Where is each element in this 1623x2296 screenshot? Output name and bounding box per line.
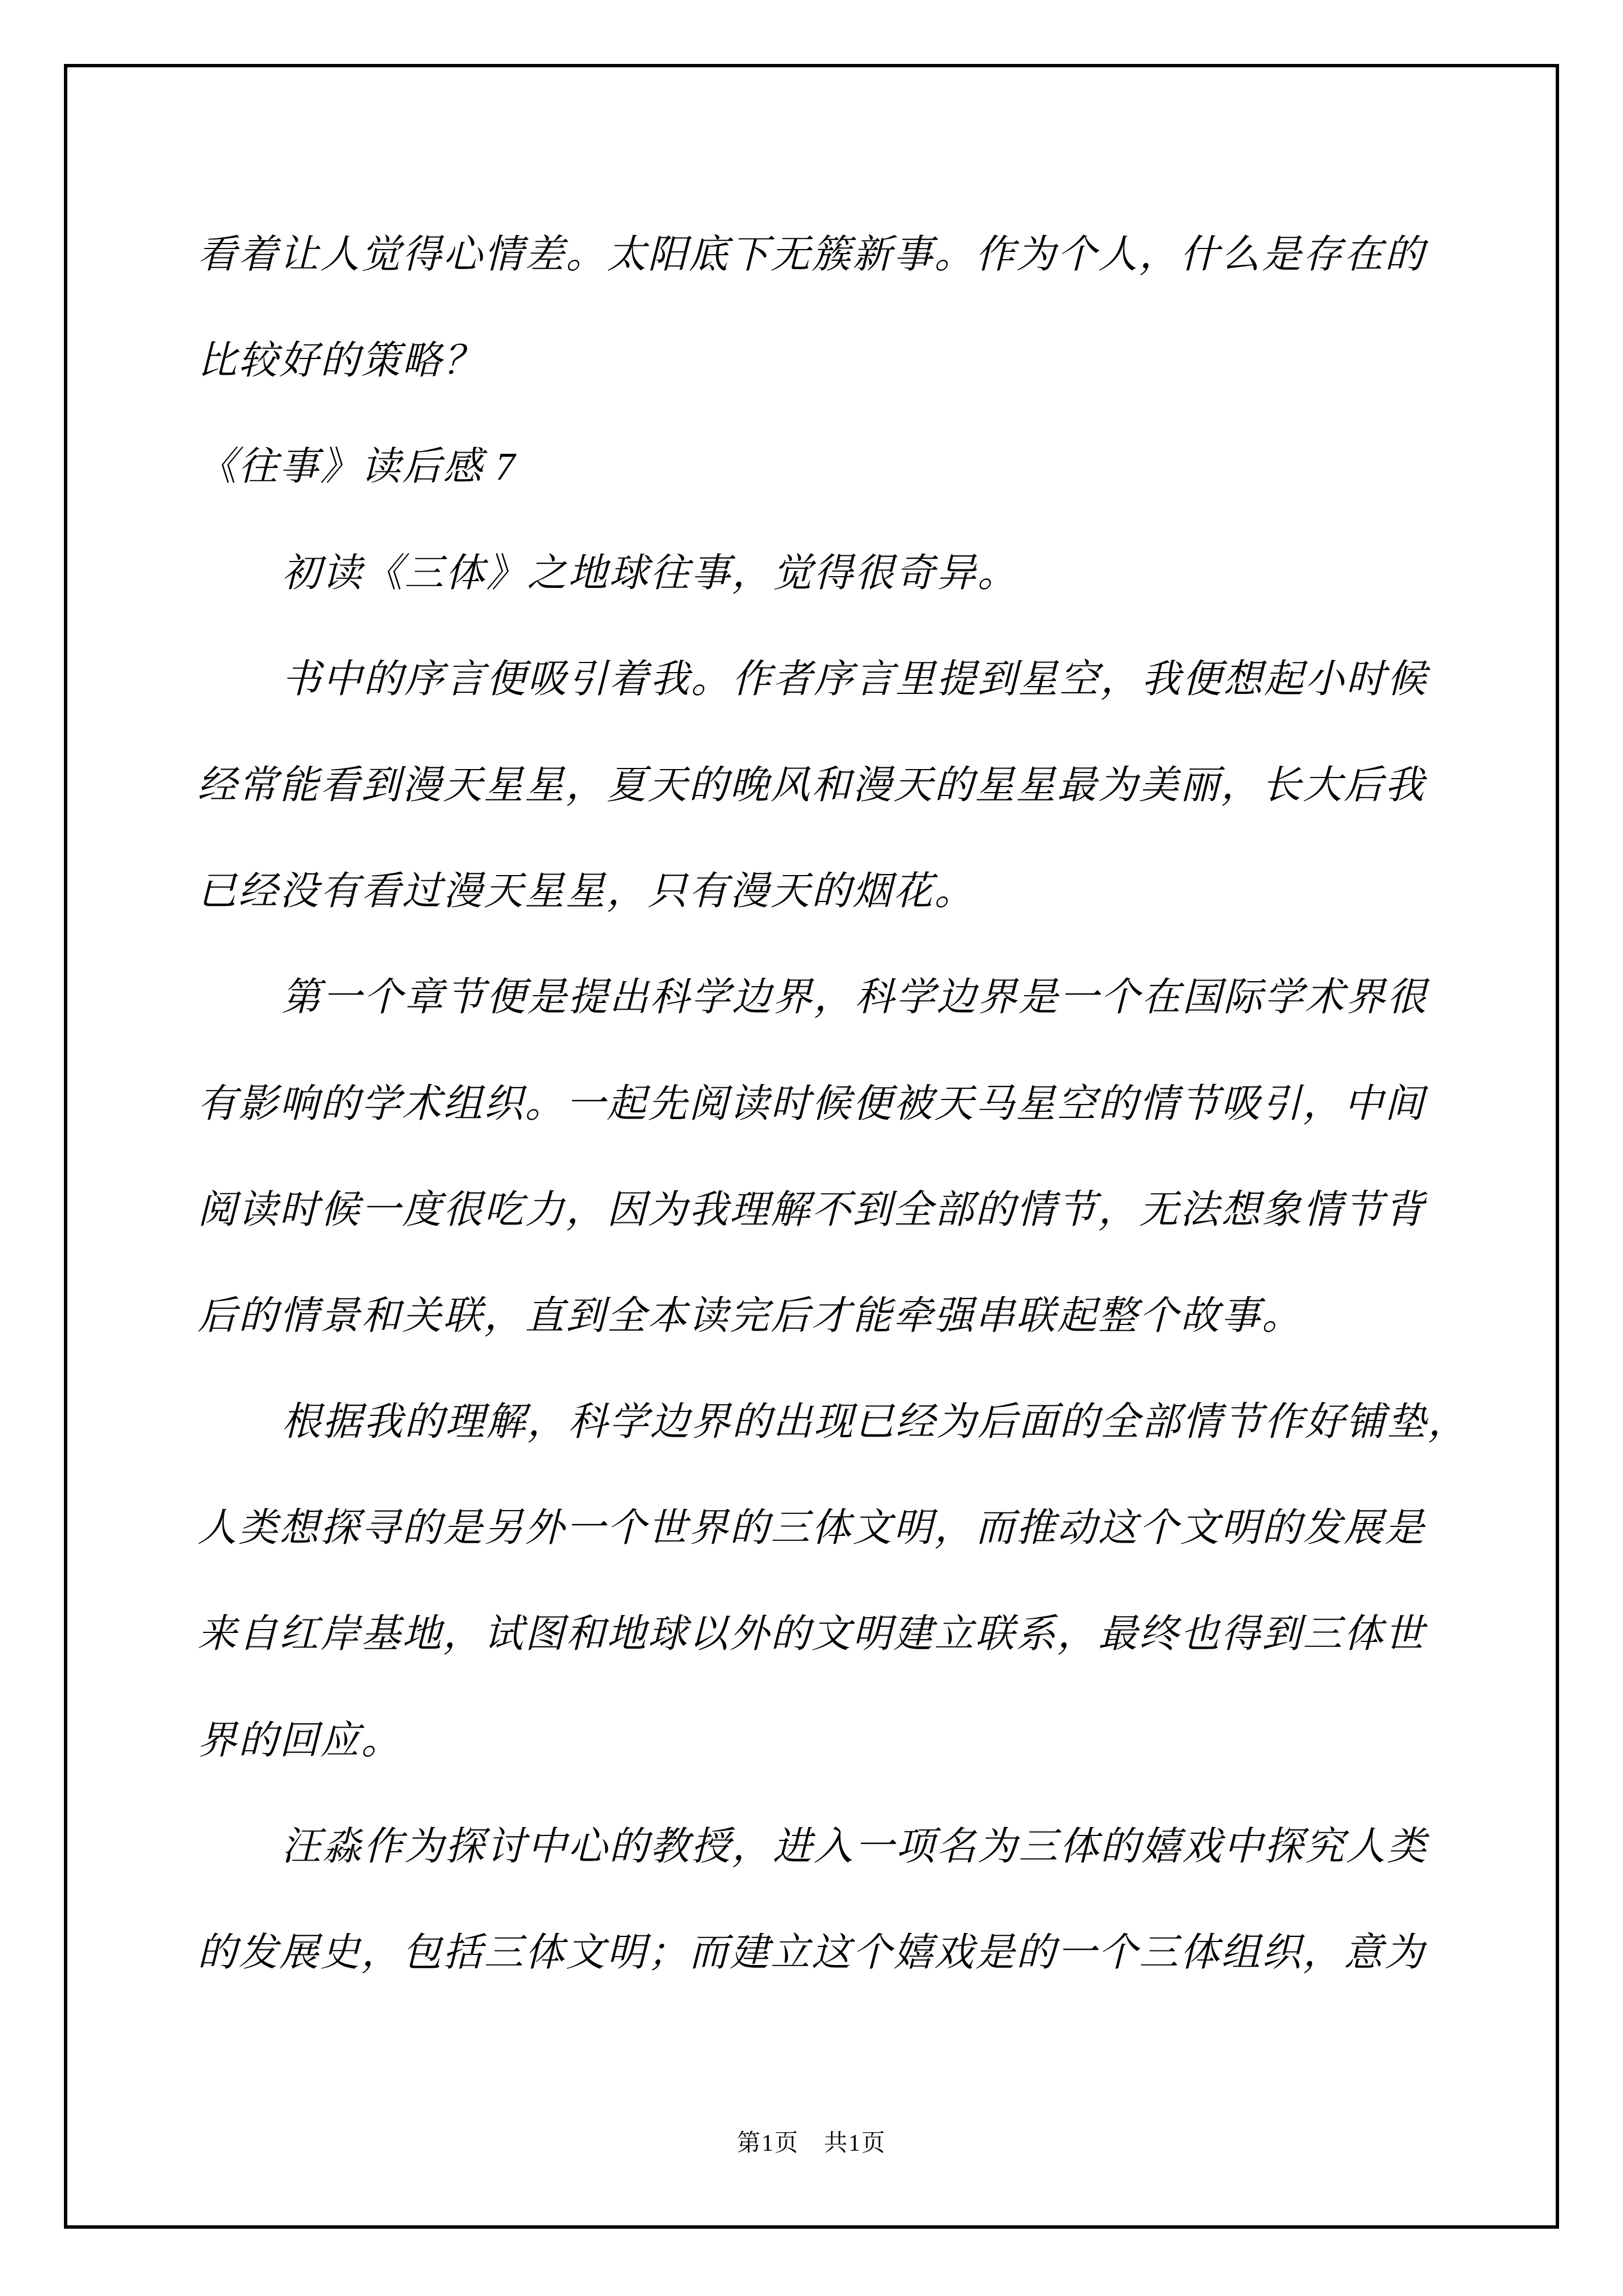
text-line: 比较好的策略？: [197, 308, 1465, 414]
document-page: 看着让人觉得心情差。太阳底下无簇新事。作为个人，什么是存在的比较好的策略？《往事…: [0, 0, 1623, 2296]
text-line: 有影响的学术组织。一起先阅读时候便被天马星空的情节吸引，中间: [197, 1051, 1465, 1157]
page-number-text: 第1页 共1页: [737, 2131, 886, 2156]
page-footer: 第1页 共1页: [0, 2130, 1623, 2157]
text-line: 第一个章节便是提出科学边界，科学边界是一个在国际学术界很: [197, 945, 1465, 1051]
text-line: 后的情景和关联，直到全本读完后才能牵强串联起整个故事。: [197, 1263, 1465, 1369]
text-line: 汪淼作为探讨中心的教授，进入一项名为三体的嬉戏中探究人类: [197, 1794, 1465, 1900]
text-line: 初读《三体》之地球往事，觉得很奇异。: [197, 521, 1465, 627]
text-line: 来自红岸基地，试图和地球以外的文明建立联系，最终也得到三体世: [197, 1581, 1465, 1687]
text-line: 经常能看到漫天星星，夏天的晚风和漫天的星星最为美丽，长大后我: [197, 733, 1465, 839]
text-line: 书中的序言便吸引着我。作者序言里提到星空，我便想起小时候: [197, 627, 1465, 733]
text-line: 已经没有看过漫天星星，只有漫天的烟花。: [197, 839, 1465, 945]
text-line: 界的回应。: [197, 1688, 1465, 1794]
text-line: 看着让人觉得心情差。太阳底下无簇新事。作为个人，什么是存在的: [197, 202, 1465, 308]
text-line: 《往事》读后感 7: [197, 414, 1465, 520]
body-text: 看着让人觉得心情差。太阳底下无簇新事。作为个人，什么是存在的比较好的策略？《往事…: [197, 202, 1465, 2006]
text-line: 的发展史，包括三体文明；而建立这个嬉戏是的一个三体组织，意为: [197, 1900, 1465, 2006]
text-line: 根据我的理解，科学边界的出现已经为后面的全部情节作好铺垫，: [197, 1369, 1465, 1475]
text-line: 阅读时候一度很吃力，因为我理解不到全部的情节，无法想象情节背: [197, 1157, 1465, 1263]
text-line: 人类想探寻的是另外一个世界的三体文明，而推动这个文明的发展是: [197, 1475, 1465, 1581]
